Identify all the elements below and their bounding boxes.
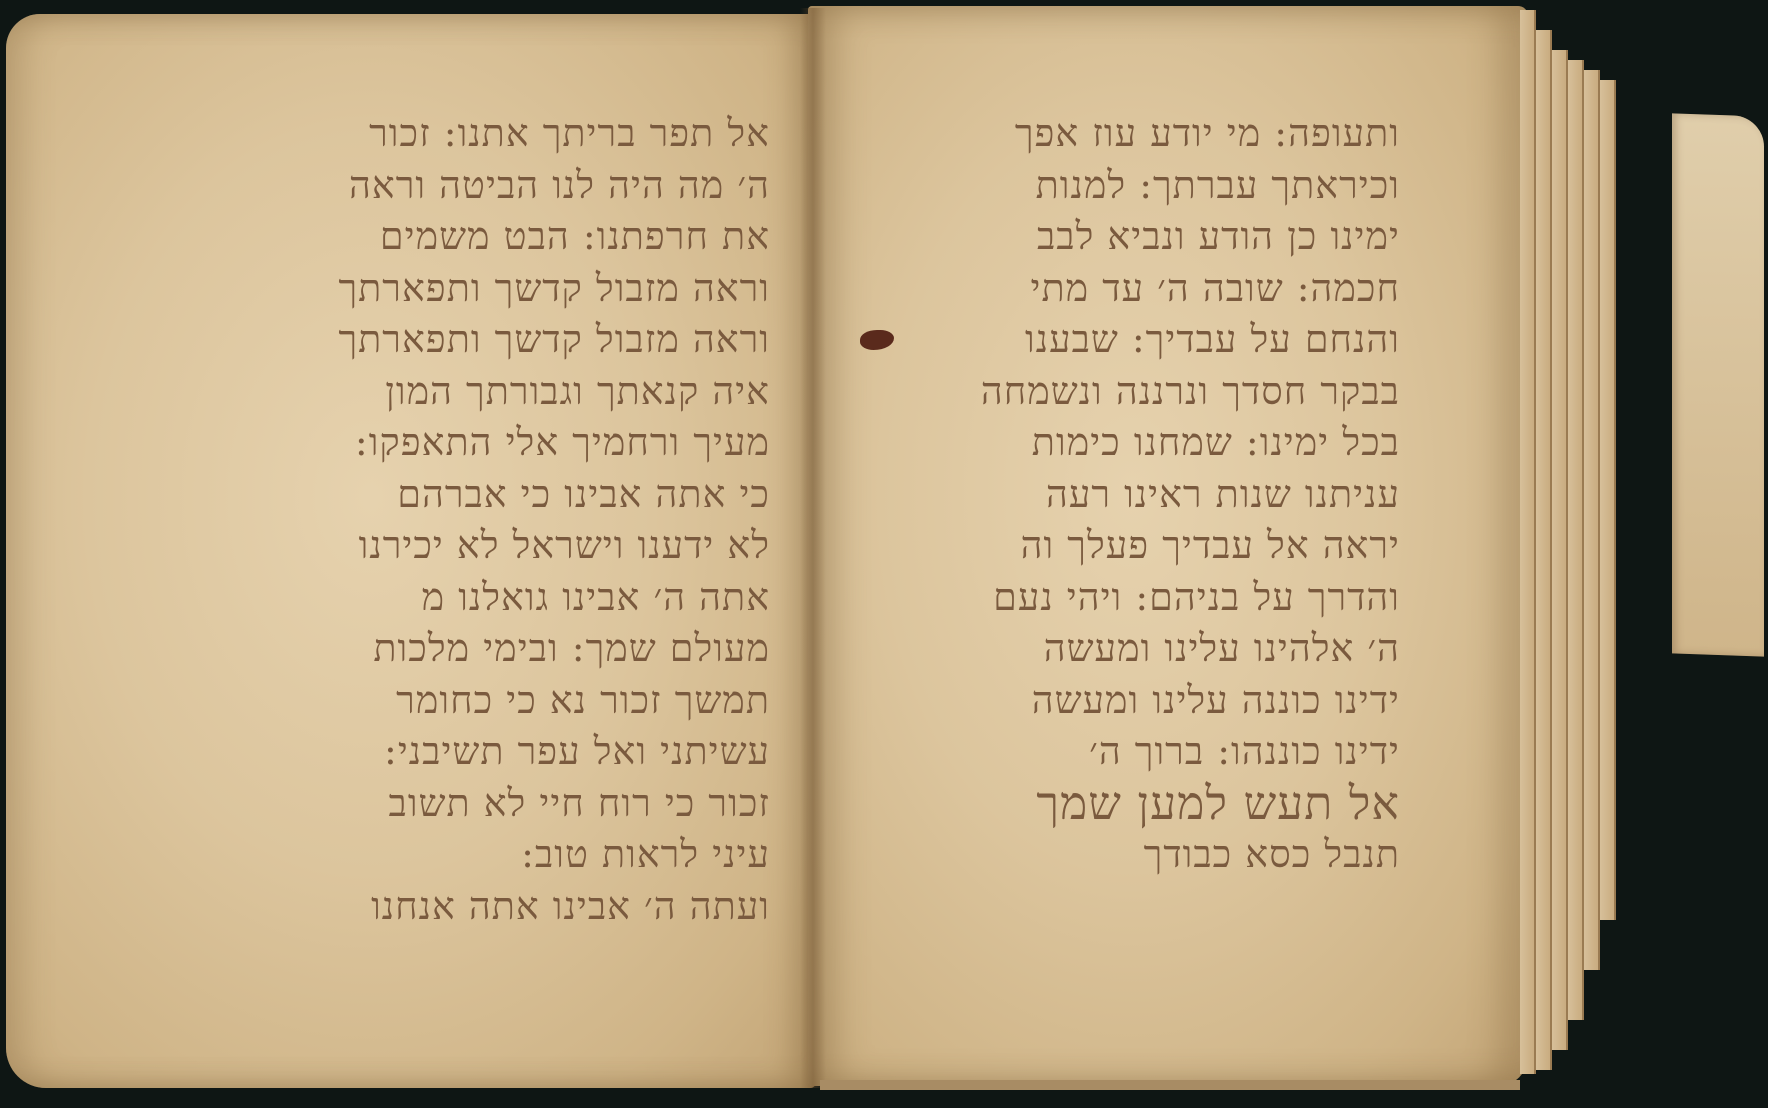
text-line: ותעופה: מי יודע עוז אפך (840, 108, 1400, 160)
text-line: אתה ה׳ אבינו גואלנו מ (120, 572, 770, 624)
text-line: והנחם על עבדיך: שבענו (840, 314, 1400, 366)
text-line: את חרפתנו: הבט משמים (120, 211, 770, 263)
text-line: וכיראתך עברתך: למנות (840, 160, 1400, 212)
text-line: ימינו כן הודע ונביא לבב (840, 211, 1400, 263)
text-line: ה׳ אלהינו עלינו ומעשה (840, 623, 1400, 675)
page-stack-edge (1520, 10, 1536, 1074)
text-line: והדרך על בניהם: ויהי נעם (840, 572, 1400, 624)
text-line: עשיתני ואל עפר תשיבני: (120, 726, 770, 778)
text-line: בכל ימינו: שמחנו כימות (840, 417, 1400, 469)
text-line: וראה מזבול קדשך ותפארתך (120, 263, 770, 315)
page-stack-edge (1568, 60, 1584, 1020)
text-line: ועתה ה׳ אבינו אתה אנחנו (120, 881, 770, 933)
text-line: ידינו כוננהו: ברוך ה׳ (840, 726, 1400, 778)
text-line: כי אתה אבינו כי אברהם (120, 469, 770, 521)
left-page-text: אל תפר בריתך אתנו: זכור ה׳ מה היה לנו הב… (120, 108, 770, 932)
text-line: בבקר חסדך ונרננה ונשמחה (840, 366, 1400, 418)
page-stack-edge (1536, 30, 1552, 1070)
text-line: מעיך ורחמיך אלי התאפקו: (120, 417, 770, 469)
text-line: ידינו כוננה עלינו ומעשה (840, 675, 1400, 727)
text-line: תנבל כסא כבודך (840, 829, 1400, 881)
folded-leaf (1672, 113, 1764, 656)
text-line: עניתנו שנות ראינו רעה (840, 469, 1400, 521)
text-line: ה׳ מה היה לנו הביטה וראה (120, 160, 770, 212)
book-bottom-edge (820, 1080, 1520, 1090)
text-line: אל תעש למען שמך (840, 778, 1400, 830)
text-line: תמשך זכור נא כי כחומר (120, 675, 770, 727)
text-line: יראה אל עבדיך פעלך וה (840, 520, 1400, 572)
page-stack-edge (1552, 50, 1568, 1050)
page-stack-edge (1600, 80, 1616, 920)
right-page-text: ותעופה: מי יודע עוז אפך וכיראתך עברתך: ל… (840, 108, 1400, 881)
text-line: חכמה: שובה ה׳ עד מתי (840, 263, 1400, 315)
text-line: זכור כי רוח חיי לא תשוב (120, 778, 770, 830)
text-line: איה קנאתך וגבורתך המון (120, 366, 770, 418)
open-manuscript: אל תפר בריתך אתנו: זכור ה׳ מה היה לנו הב… (0, 0, 1768, 1108)
text-line: מעולם שמך: ובימי מלכות (120, 623, 770, 675)
page-stack-edge (1584, 70, 1600, 970)
text-line: אל תפר בריתך אתנו: זכור (120, 108, 770, 160)
text-line: עיני לראות טוב: (120, 829, 770, 881)
book-gutter (800, 8, 826, 1088)
text-line: לא ידענו וישראל לא יכירנו (120, 520, 770, 572)
text-line: וראה מזבול קדשך ותפארתך (120, 314, 770, 366)
